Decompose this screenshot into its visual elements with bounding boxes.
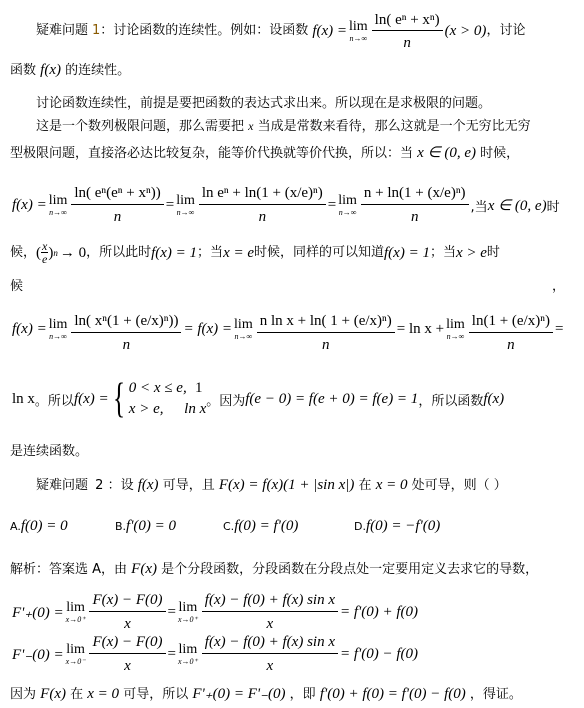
continuity-conclusion: 是连续函数。 (10, 444, 88, 460)
problem1-heading: 疑难问题 1 ：讨论函数的连续性。例如：设函数 f(x) = lim n→∞ l… (36, 14, 525, 48)
fx-expression: f(x) (40, 62, 61, 78)
paragraph-1: 讨论函数连续性，前提是要把函数的表达式求出来。所以现在是求极限的问题。 (36, 96, 491, 112)
option-a[interactable]: A.f(0) = 0 (10, 518, 68, 535)
limit-operator: lim n→∞ (349, 20, 368, 43)
left-derivative-equation: F'₋(0) = limx→0⁻ F(x) − F(0)x = limx→0⁺ … (12, 634, 418, 675)
line-hou2-comma: ， (552, 279, 565, 295)
problem1-intro-tail: ，讨论 (486, 23, 525, 39)
paragraph-3: 型极限问题，直接洛必达比较复杂，能等价代换就等价代换，所以：当 x ∈ (0, … (10, 145, 519, 162)
equation-1: f(x) = limn→∞ ln( eⁿ(eⁿ + xⁿ))n = limn→∞… (12, 185, 560, 226)
right-derivative-equation: F'₊(0) = limx→0⁺ F(x) − F(0)x = limx→0⁺ … (12, 592, 418, 633)
line-hou: 候， (xe)n → 0 ，所以此时 f(x) = 1 ；当 x = e 时候，… (10, 240, 500, 265)
definition-fraction: ln( eⁿ + xⁿ) n (372, 12, 443, 51)
problem1-line2: 函数 f(x) 的连续性。 (10, 62, 130, 79)
paragraph-2: 这是一个数列极限问题，那么需要把 x 当成是常数来看待，那么这就是一个无穷比无穷 (36, 118, 531, 135)
analysis-intro: 解析：答案选 A，由 F(x) 是个分段函数，分段函数在分段点处一定要用定义去求… (10, 561, 538, 578)
definition-condition: (x > 0) (445, 23, 487, 39)
problem2-heading: 疑难问题 2 ：设 f(x) 可导，且 F(x) = f(x)(1 + |sin… (36, 477, 507, 494)
final-conclusion: 因为 F(x) 在 x = 0 可导，所以 F'₊(0) = F'₋(0) ，即… (10, 686, 522, 703)
line-hou2: 候 (10, 279, 23, 295)
equation-2: f(x) = limn→∞ ln( xⁿ(1 + (e/x)ⁿ))n = f(x… (12, 305, 563, 354)
piecewise-conclusion: ln x 。所以 f(x) = { 0 < x ≤ e, 1 x > e, ln… (12, 378, 504, 420)
problem1-number: 1 (92, 23, 100, 39)
problem1-title: 疑难问题 (36, 23, 88, 39)
option-d[interactable]: D.f(0) = −f'(0) (354, 518, 440, 535)
f-def-lhs: f(x) = (312, 23, 347, 39)
option-c[interactable]: C.f(0) = f'(0) (223, 518, 298, 535)
problem1-intro: ：讨论函数的连续性。例如：设函数 (100, 23, 308, 39)
option-b[interactable]: B.f'(0) = 0 (115, 518, 176, 535)
problem2-number: 2 (95, 478, 103, 493)
